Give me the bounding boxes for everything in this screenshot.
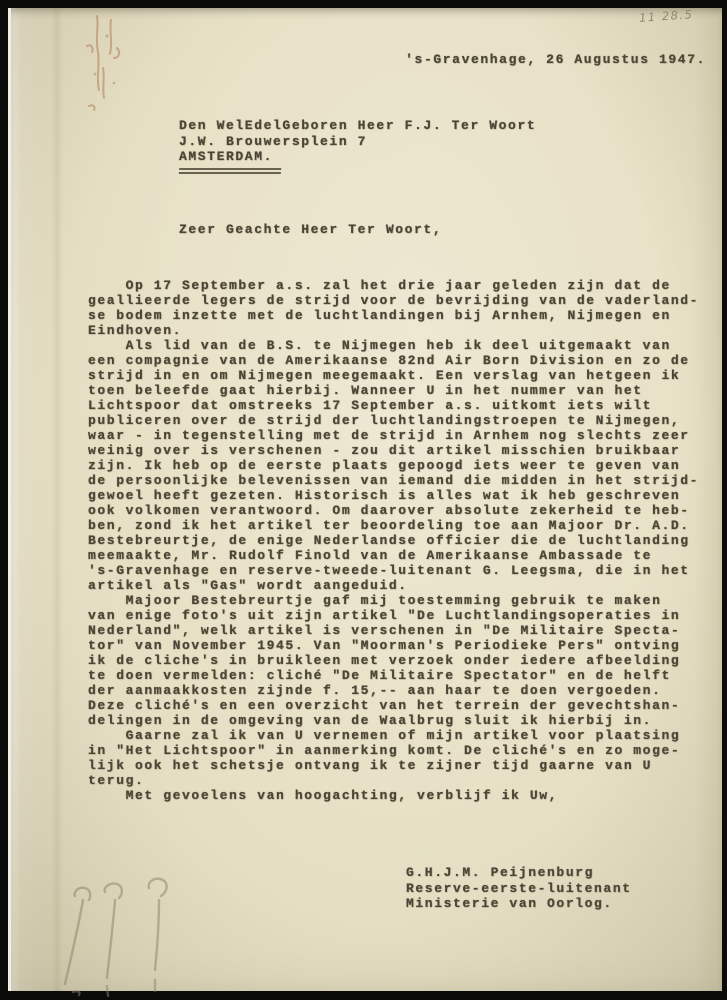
body-line: ook volkomen verantwoord. Om daarover ab… xyxy=(88,503,724,518)
signature-rank: Reserve-eerste-luitenant xyxy=(406,881,632,897)
date-line: 's-Gravenhage, 26 Augustus 1947. xyxy=(405,52,706,67)
body-line: toen beleefde gaat hierbij. Wanneer U in… xyxy=(88,383,724,398)
body-line: weinig over is verschenen - zou dit arti… xyxy=(88,443,724,458)
body-line: tor" van November 1945. Van "Moorman's P… xyxy=(88,638,724,653)
body-line: Bestebreurtje, de enige Nederlandse offi… xyxy=(88,533,724,548)
body-line: der aanmaakkosten zijnde f. 15,-- aan ha… xyxy=(88,683,724,698)
address-line-city: AMSTERDAM. xyxy=(179,149,536,165)
body-line: Als lid van de B.S. te Nijmegen heb ik d… xyxy=(88,338,724,353)
body-line: Nederland", welk artikel is verschenen i… xyxy=(88,623,724,638)
body-line: Gaarne zal ik van U vernemen of mijn art… xyxy=(88,728,724,743)
body-line: gewoel heeft gezeten. Historisch is alle… xyxy=(88,488,724,503)
body-line: waar - in tegenstelling met de strijd in… xyxy=(88,428,724,443)
address-line-street: J.W. Brouwersplein 7 xyxy=(179,134,536,150)
body-line: delingen in de omgeving van de Waalbrug … xyxy=(88,713,724,728)
body-line: strijd in en om Nijmegen meegemaakt. Een… xyxy=(88,368,724,383)
body-line: Op 17 September a.s. zal het drie jaar g… xyxy=(88,278,724,293)
address-line-name: Den WelEdelGeboren Heer F.J. Ter Woort xyxy=(179,118,536,134)
pencil-annotation: 11 28.5 xyxy=(639,7,694,25)
body-line: de persoonlijke belevenissen van iemand … xyxy=(88,473,724,488)
body-line: Deze cliché's en een overzicht van het t… xyxy=(88,698,724,713)
letter-body: Op 17 September a.s. zal het drie jaar g… xyxy=(88,278,724,803)
body-line: publiceren over de strijd der luchtlandi… xyxy=(88,413,724,428)
body-line: Eindhoven. xyxy=(88,323,724,338)
body-line: Met gevoelens van hoogachting, verblijf … xyxy=(88,788,724,803)
body-line: se bodem inzette met de luchtlandingen b… xyxy=(88,308,724,323)
body-line: in "Het Lichtspoor" in aanmerking komt. … xyxy=(88,743,724,758)
stain-marks-top-left xyxy=(59,8,159,123)
body-line: te doen vermelden: cliché "De Militaire … xyxy=(88,668,724,683)
city-underline xyxy=(179,168,281,174)
signature-block: G.H.J.M. Peijnenburg Reserve-eerste-luit… xyxy=(406,865,632,912)
signature-name: G.H.J.M. Peijnenburg xyxy=(406,865,632,881)
body-line: ik de cliche's in bruikleen met verzoek … xyxy=(88,653,724,668)
signature-org: Ministerie van Oorlog. xyxy=(406,896,632,912)
paper-fold-line xyxy=(51,8,63,991)
recipient-address: Den WelEdelGeboren Heer F.J. Ter Woort J… xyxy=(179,118,536,174)
body-line: 's-Gravenhage en reserve-tweede-luitenan… xyxy=(88,563,724,578)
paper-sheet: 11 28.5 's-Gravenhage, 26 Augustus 1947.… xyxy=(8,8,722,991)
body-line: terug. xyxy=(88,773,724,788)
body-line: artikel als "Gas" wordt aangeduid. xyxy=(88,578,724,593)
body-line: geallieerde legers de strijd voor de bev… xyxy=(88,293,724,308)
scanned-letter-page: 11 28.5 's-Gravenhage, 26 Augustus 1947.… xyxy=(0,0,727,1000)
body-line: Majoor Bestebreurtje gaf mij toestemming… xyxy=(88,593,724,608)
body-line: een compagnie van de Amerikaanse 82nd Ai… xyxy=(88,353,724,368)
body-line: ben, zond ik het artikel ter beoordeling… xyxy=(88,518,724,533)
body-line: lijk ook het schetsje ontvang ik te zijn… xyxy=(88,758,724,773)
body-line: zijn. Ik heb op de eerste plaats gepoogd… xyxy=(88,458,724,473)
body-line: meemaakte, Mr. Rudolf Finold van de Amer… xyxy=(88,548,724,563)
pencil-scribbles-bottom-left xyxy=(45,866,195,1000)
body-line: van enige foto's uit zijn artikel "De Lu… xyxy=(88,608,724,623)
salutation: Zeer Geachte Heer Ter Woort, xyxy=(179,222,442,237)
body-line: Lichtspoor dat omstreeks 17 September a.… xyxy=(88,398,724,413)
